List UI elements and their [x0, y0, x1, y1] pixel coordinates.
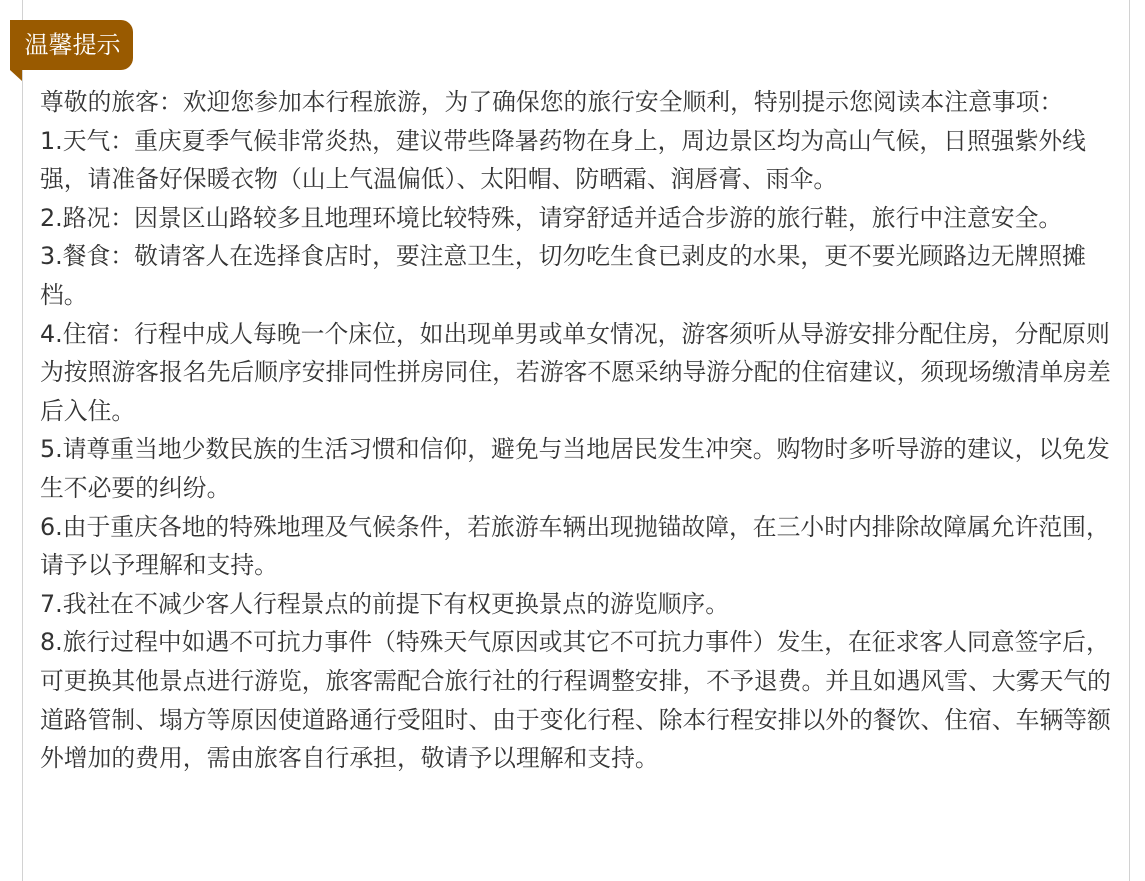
notice-intro: 尊敬的旅客：欢迎您参加本行程旅游，为了确保您的旅行安全顺利，特别提示您阅读本注意… [40, 83, 1120, 122]
notice-body: 尊敬的旅客：欢迎您参加本行程旅游，为了确保您的旅行安全顺利，特别提示您阅读本注意… [40, 83, 1120, 778]
notice-item-force-majeure: 8.旅行过程中如遇不可抗力事件（特殊天气原因或其它不可抗力事件）发生，在征求客人… [40, 623, 1120, 777]
tag-fold-decoration [10, 70, 22, 81]
notice-item-customs: 5.请尊重当地少数民族的生活习惯和信仰，避免与当地居民发生冲突。购物时多听导游的… [40, 430, 1120, 507]
notice-item-road: 2.路况：因景区山路较多且地理环境比较特殊，请穿舒适并适合步游的旅行鞋，旅行中注… [40, 199, 1120, 238]
notice-title: 温馨提示 [25, 31, 121, 59]
notice-title-tag: 温馨提示 [10, 20, 133, 70]
notice-item-vehicle: 6.由于重庆各地的特殊地理及气候条件，若旅游车辆出现抛锚故障，在三小时内排除故障… [40, 508, 1120, 585]
notice-item-weather: 1.天气：重庆夏季气候非常炎热，建议带些降暑药物在身上，周边景区均为高山气候，日… [40, 122, 1120, 199]
notice-item-order: 7.我社在不减少客人行程景点的前提下有权更换景点的游览顺序。 [40, 585, 1120, 624]
notice-item-food: 3.餐食：敬请客人在选择食店时，要注意卫生，切勿吃生食已剥皮的水果，更不要光顾路… [40, 237, 1120, 314]
notice-item-lodging: 4.住宿：行程中成人每晚一个床位，如出现单男或单女情况，游客须听从导游安排分配住… [40, 315, 1120, 431]
